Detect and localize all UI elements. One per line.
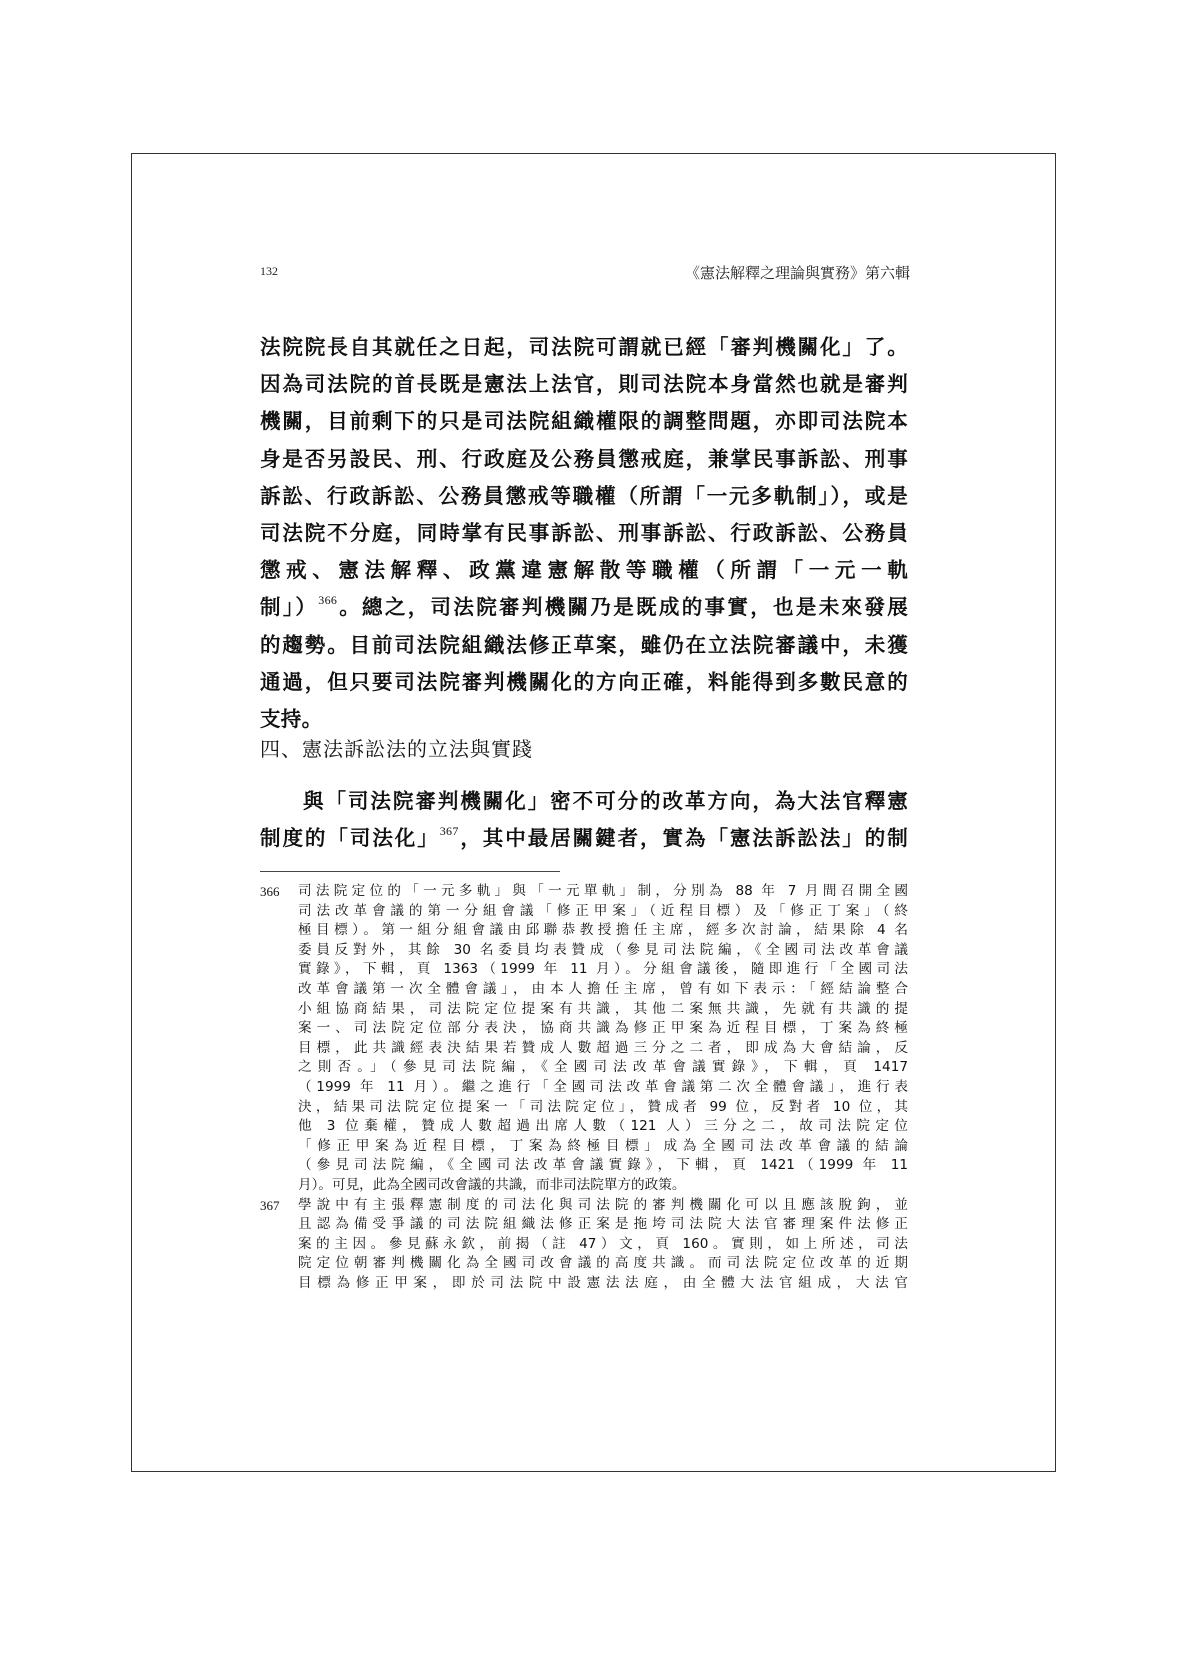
footnote-line: 目標為修正甲案，即於司法院中設憲法法庭，由全體大法官組成，大法官 (298, 1274, 908, 1294)
text-line: 身是否另設民、刑、行政庭及公務員懲戒庭，兼掌民事訴訟、刑事 (260, 441, 908, 478)
text-line: 司法院不分庭，同時掌有民事訴訟、刑事訴訟、行政訴訟、公務員 (260, 515, 908, 552)
text-line: 懲戒、憲法解釋、政黨違憲解散等職權（所謂「一元一軌 (260, 552, 908, 589)
section-heading: 四、憲法訴訟法的立法與實踐 (260, 733, 533, 762)
footnote-line: 案的主因。參見蘇永欽，前揭（註 47）文，頁 160。實則，如上所述，司法 (298, 1235, 908, 1255)
page-number: 132 (260, 264, 278, 279)
footnote-line: 學說中有主張釋憲制度的司法化與司法院的審判機關化可以且應該脫鉤，並 (298, 1196, 908, 1216)
footnote-ref-366[interactable]: 366 (318, 593, 337, 607)
footnote-line: 「修正甲案為近程目標，丁案為終極目標」成為全國司法改革會議的結論 (298, 1137, 908, 1157)
body-paragraph-1: 法院院長自其就任之日起，司法院可謂就已經「審判機關化」了。 因為司法院的首長既是… (260, 329, 908, 738)
footnote-line: 之則否。」（參見司法院編，《全國司法改革會議實錄》，下輯，頁 1417 (298, 1058, 908, 1078)
text-line-with-footnote: 制」）366。總之，司法院審判機關乃是既成的事實，也是未來發展 (260, 589, 908, 626)
footnote-line: 月）。可見，此為全國司改會議的共識，而非司法院單方的政策。 (298, 1176, 908, 1196)
footnote-line: 司法院定位的「一元多軌」與「一元單軌」制，分別為 88 年 7 月間召開全國 (298, 882, 908, 902)
footnote-ref-367[interactable]: 367 (440, 824, 459, 838)
text-line: 的趨勢。目前司法院組織法修正草案，雖仍在立法院審議中，未獲 (260, 627, 908, 664)
footnote-line: 司法改革會議的第一分組會議「修正甲案」（近程目標）及「修正丁案」（終 (298, 902, 908, 922)
footnote-line: 極目標）。第一組分組會議由邱聯恭教授擔任主席，經多次討論，結果除 4 名 (298, 921, 908, 941)
book-title: 《憲法解釋之理論與實務》第六輯 (685, 262, 910, 283)
body-paragraph-2: 與「司法院審判機關化」密不可分的改革方向，為大法官釋憲 制度的「司法化」367，… (260, 783, 908, 857)
footnote-line: 決，結果司法院定位提案一「司法院定位」，贊成者 99 位，反對者 10 位，其 (298, 1098, 908, 1118)
footnote-line: 實錄》，下輯，頁 1363（1999 年 11 月）。分組會議後，隨即進行「全國… (298, 960, 908, 980)
text-fragment: 。總之，司法院審判機關乃是既成的事實，也是未來發展 (337, 595, 908, 619)
running-header: 132 《憲法解釋之理論與實務》第六輯 (260, 262, 910, 282)
text-fragment: 制」） (260, 595, 318, 619)
footnote-line: 委員反對外，其餘 30 名委員均表贊成（參見司法院編，《全國司法改革會議 (298, 941, 908, 961)
footnote-line: 小組協商結果，司法院定位提案有共識，其他二案無共識，先就有共識的提 (298, 1000, 908, 1020)
text-line: 機關，目前剩下的只是司法院組織權限的調整問題，亦即司法院本 (260, 403, 908, 440)
text-line-with-footnote: 制度的「司法化」367，其中最居關鍵者，實為「憲法訴訟法」的制 (260, 820, 908, 857)
footnote-line: 他 3 位棄權，贊成人數超過出席人數（121 人）三分之二，故司法院定位 (298, 1117, 908, 1137)
footnote-number: 366 (260, 882, 280, 902)
footnote-line: 院定位朝審判機關化為全國司改會議的高度共識。而司法院定位改革的近期 (298, 1254, 908, 1274)
footnote-line: 且認為備受爭議的司法院組織法修正案是拖垮司法院大法官審理案件法修正 (298, 1215, 908, 1235)
footnotes: 366 司法院定位的「一元多軌」與「一元單軌」制，分別為 88 年 7 月間召開… (260, 882, 908, 1293)
text-line: 訴訟、行政訴訟、公務員懲戒等職權（所謂「一元多軌制」），或是 (260, 478, 908, 515)
footnote-line: （1999 年 11 月）。繼之進行「全國司法改革會議第二次全體會議」，進行表 (298, 1078, 908, 1098)
footnote-line: 改革會議第一次全體會議」，由本人擔任主席，曾有如下表示：「經結論整合 (298, 980, 908, 1000)
footnote-366: 366 司法院定位的「一元多軌」與「一元單軌」制，分別為 88 年 7 月間召開… (260, 882, 908, 1196)
footnote-line: 目標，此共識經表決結果若贊成人數超過三分之二者，即成為大會結論，反 (298, 1039, 908, 1059)
footnote-number: 367 (260, 1196, 280, 1216)
text-line: 通過，但只要司法院審判機關化的方向正確，料能得到多數民意的 (260, 664, 908, 701)
text-fragment: ，其中最居關鍵者，實為「憲法訴訟法」的制 (459, 826, 908, 850)
text-line: 與「司法院審判機關化」密不可分的改革方向，為大法官釋憲 (260, 783, 908, 820)
footnote-line: 案一、司法院定位部分表決，協商共識為修正甲案為近程目標，丁案為終極 (298, 1019, 908, 1039)
text-fragment: 制度的「司法化」 (260, 826, 440, 850)
footnote-divider (260, 871, 560, 872)
text-line: 法院院長自其就任之日起，司法院可謂就已經「審判機關化」了。 (260, 329, 908, 366)
footnote-367: 367 學說中有主張釋憲制度的司法化與司法院的審判機關化可以且應該脫鉤，並 且認… (260, 1196, 908, 1294)
text-line: 因為司法院的首長既是憲法上法官，則司法院本身當然也就是審判 (260, 366, 908, 403)
footnote-line: （參見司法院編，《全國司法改革會議實錄》，下輯，頁 1421（1999 年 11 (298, 1156, 908, 1176)
